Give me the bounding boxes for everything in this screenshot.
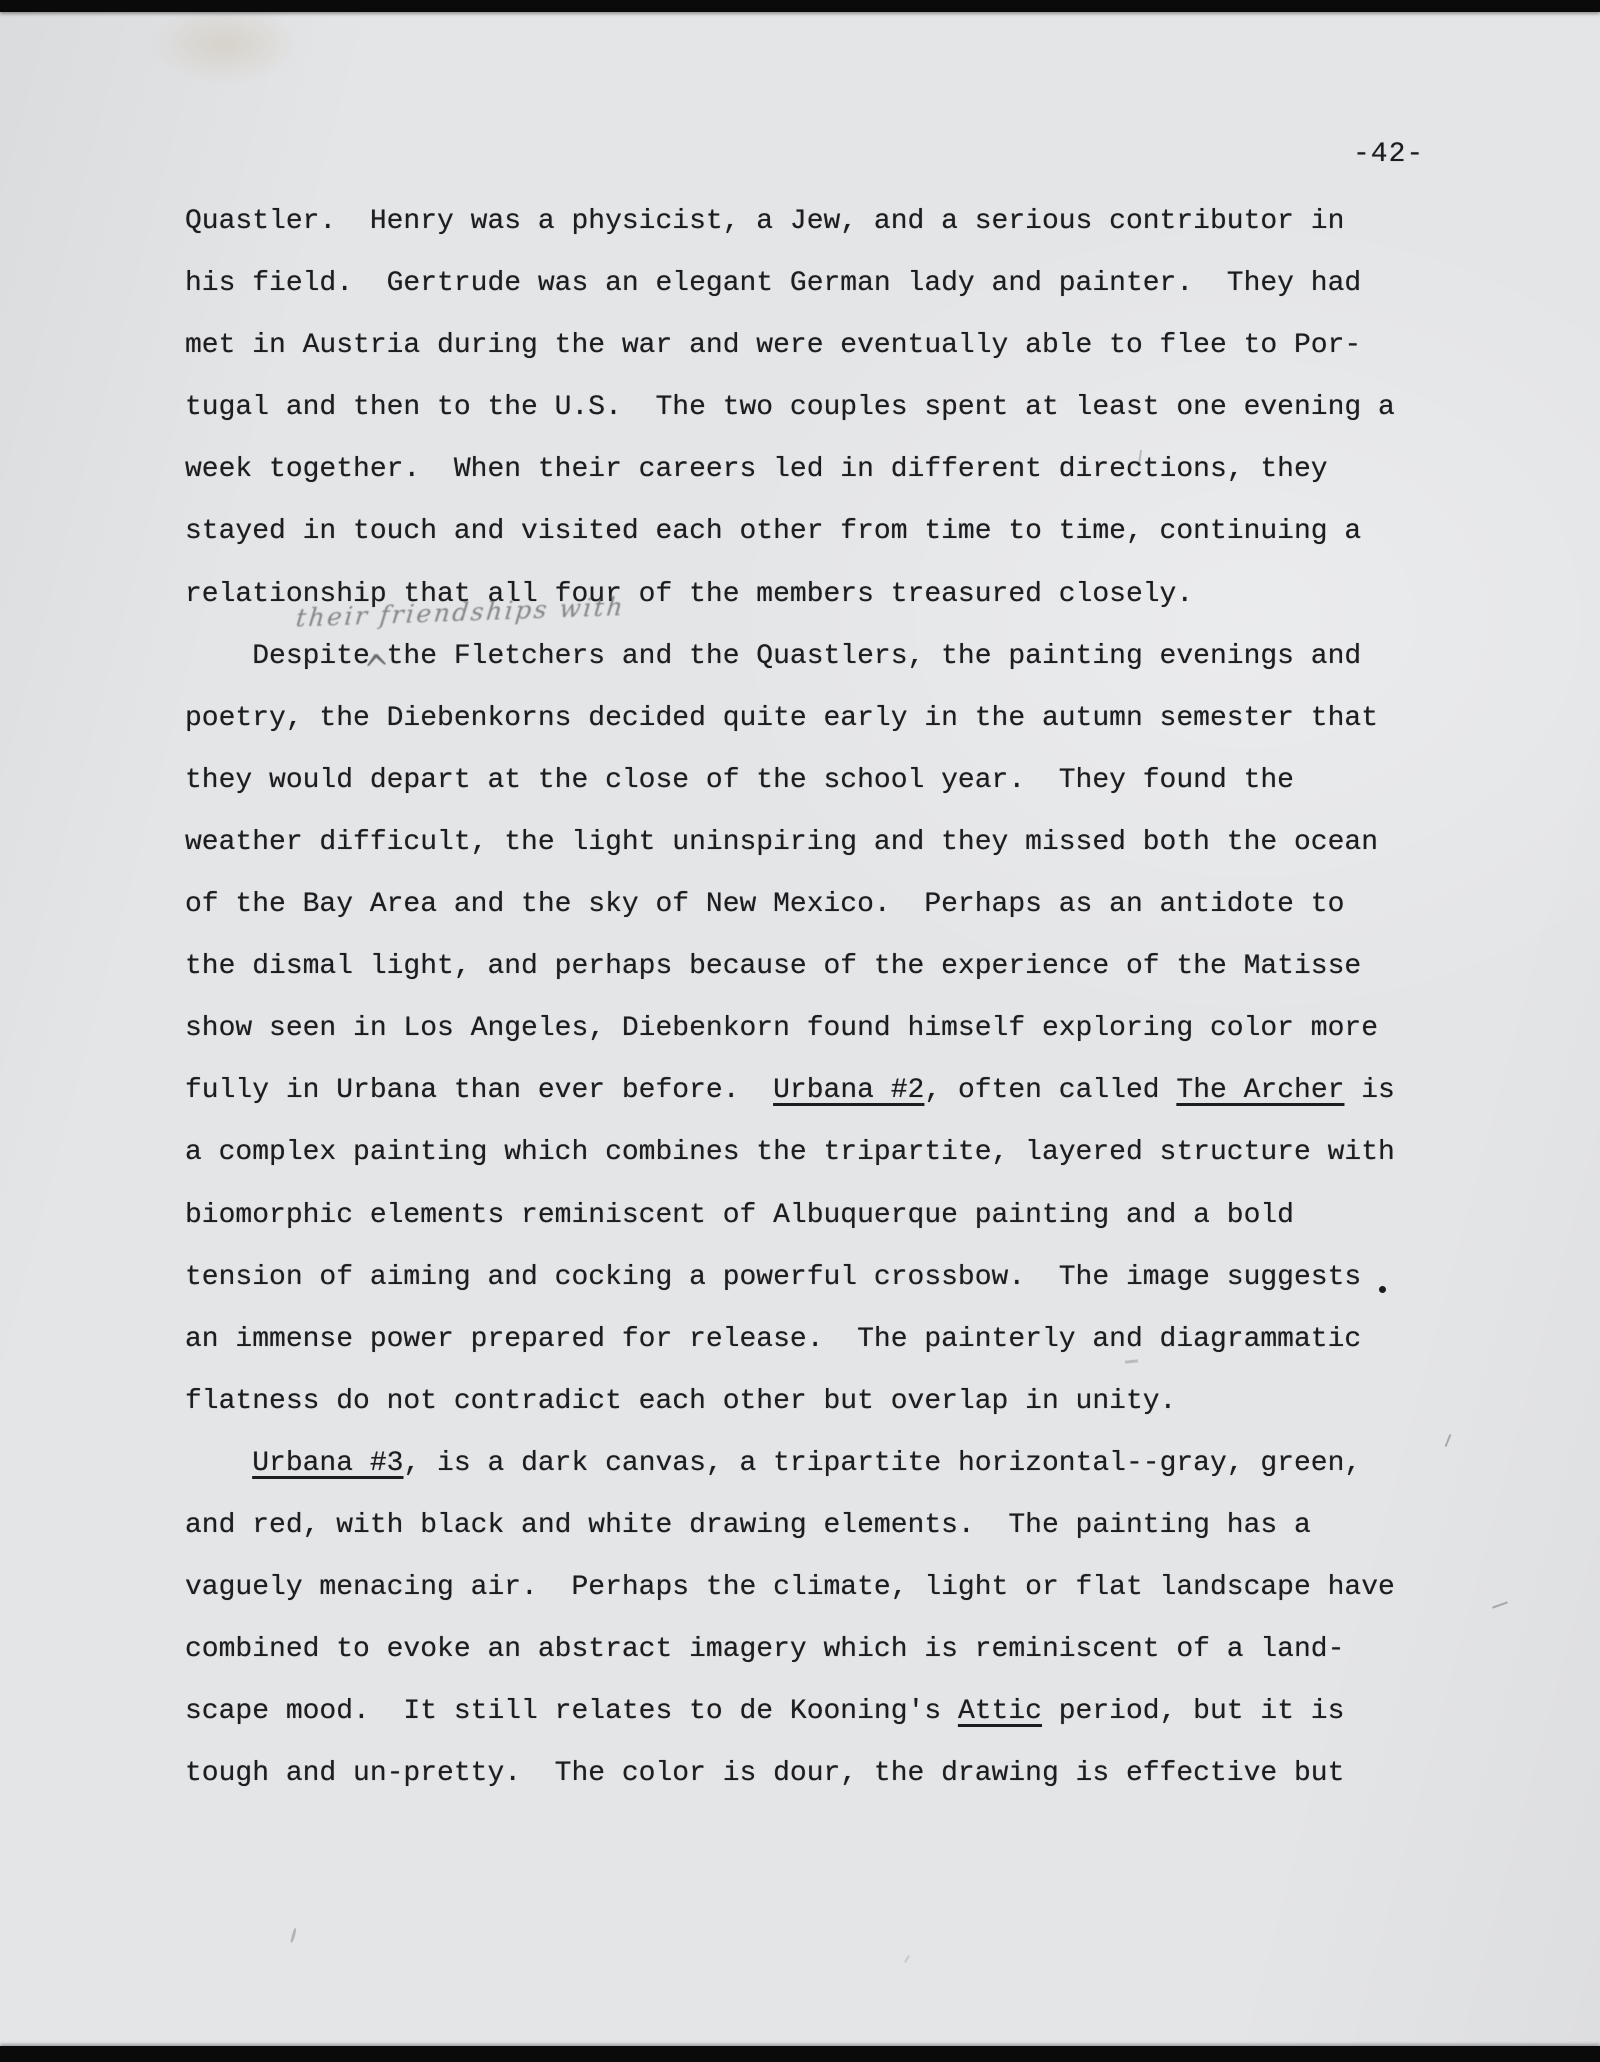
- text-line: Quastler. Henry was a physicist, a Jew, …: [185, 191, 1445, 253]
- text-line: vaguely menacing air. Perhaps the climat…: [185, 1557, 1445, 1619]
- stray-ink-dot: [1379, 1286, 1386, 1293]
- text-segment: met in Austria during the war and were e…: [185, 330, 1361, 361]
- text-segment: scape mood. It still relates to de Kooni…: [185, 1696, 958, 1727]
- scan-speck: [904, 1955, 910, 1963]
- text-line: week together. When their careers led in…: [185, 439, 1445, 501]
- underlined-title-text: The Archer: [1176, 1075, 1344, 1106]
- text-segment: biomorphic elements reminiscent of Albuq…: [185, 1200, 1294, 1231]
- text-segment: , is a dark canvas, a tripartite horizon…: [403, 1448, 1361, 1479]
- text-line: an immense power prepared for release. T…: [185, 1309, 1445, 1371]
- text-segment: vaguely menacing air. Perhaps the climat…: [185, 1572, 1395, 1603]
- text-segment: his field. Gertrude was an elegant Germa…: [185, 268, 1361, 299]
- text-segment: is: [1344, 1075, 1394, 1106]
- text-segment: poetry, the Diebenkorns decided quite ea…: [185, 703, 1378, 734]
- typewritten-body-text: Quastler. Henry was a physicist, a Jew, …: [185, 191, 1445, 1805]
- insertion-caret-mark: ^: [363, 647, 392, 694]
- text-segment: [185, 1448, 252, 1479]
- text-segment: and red, with black and white drawing el…: [185, 1510, 1311, 1541]
- text-line: his field. Gertrude was an elegant Germa…: [185, 253, 1445, 315]
- text-segment: tough and un-pretty. The color is dour, …: [185, 1758, 1344, 1789]
- text-line: show seen in Los Angeles, Diebenkorn fou…: [185, 998, 1445, 1060]
- text-line: poetry, the Diebenkorns decided quite ea…: [185, 688, 1445, 750]
- text-line: weather difficult, the light uninspiring…: [185, 812, 1445, 874]
- text-line: Urbana #3, is a dark canvas, a tripartit…: [185, 1433, 1445, 1495]
- text-line: combined to evoke an abstract imagery wh…: [185, 1619, 1445, 1681]
- text-line: the dismal light, and perhaps because of…: [185, 936, 1445, 998]
- page-number: -42-: [1353, 141, 1424, 169]
- scan-edge-top: [0, 0, 1600, 12]
- text-segment: fully in Urbana than ever before.: [185, 1075, 773, 1106]
- scan-speck: [290, 1928, 297, 1943]
- underlined-title-text: Urbana #3: [252, 1448, 403, 1479]
- text-segment: an immense power prepared for release. T…: [185, 1324, 1361, 1355]
- text-segment: weather difficult, the light uninspiring…: [185, 827, 1378, 858]
- text-line: stayed in touch and visited each other f…: [185, 501, 1445, 563]
- underlined-title-text: Urbana #2: [773, 1075, 924, 1106]
- text-line: tugal and then to the U.S. The two coupl…: [185, 377, 1445, 439]
- text-line: fully in Urbana than ever before. Urbana…: [185, 1060, 1445, 1122]
- text-line: they would depart at the close of the sc…: [185, 750, 1445, 812]
- text-segment: of the Bay Area and the sky of New Mexic…: [185, 889, 1344, 920]
- underlined-title-text: Attic: [958, 1696, 1042, 1727]
- text-segment: show seen in Los Angeles, Diebenkorn fou…: [185, 1013, 1378, 1044]
- text-segment: period, but it is: [1042, 1696, 1344, 1727]
- text-segment: Despite the Fletchers and the Quastlers,…: [185, 641, 1361, 672]
- text-line: met in Austria during the war and were e…: [185, 315, 1445, 377]
- text-segment: stayed in touch and visited each other f…: [185, 516, 1361, 547]
- scan-speck: [1445, 1434, 1452, 1447]
- text-line: biomorphic elements reminiscent of Albuq…: [185, 1185, 1445, 1247]
- text-line: tough and un-pretty. The color is dour, …: [185, 1743, 1445, 1805]
- text-line: a complex painting which combines the tr…: [185, 1122, 1445, 1184]
- scan-speck: [1492, 1601, 1508, 1608]
- text-segment: a complex painting which combines the tr…: [185, 1137, 1395, 1168]
- text-segment: Quastler. Henry was a physicist, a Jew, …: [185, 206, 1344, 237]
- text-line: scape mood. It still relates to de Kooni…: [185, 1681, 1445, 1743]
- text-line: flatness do not contradict each other bu…: [185, 1371, 1445, 1433]
- text-segment: the dismal light, and perhaps because of…: [185, 951, 1361, 982]
- text-line: of the Bay Area and the sky of New Mexic…: [185, 874, 1445, 936]
- text-segment: combined to evoke an abstract imagery wh…: [185, 1634, 1344, 1665]
- text-segment: they would depart at the close of the sc…: [185, 765, 1294, 796]
- text-segment: flatness do not contradict each other bu…: [185, 1386, 1176, 1417]
- text-line: and red, with black and white drawing el…: [185, 1495, 1445, 1557]
- text-segment: tension of aiming and cocking a powerful…: [185, 1262, 1361, 1293]
- text-segment: week together. When their careers led in…: [185, 454, 1328, 485]
- text-segment: , often called: [924, 1075, 1176, 1106]
- text-line: tension of aiming and cocking a powerful…: [185, 1247, 1445, 1309]
- scan-edge-bottom: [0, 2046, 1600, 2062]
- paper-stain: [150, 4, 300, 84]
- text-segment: tugal and then to the U.S. The two coupl…: [185, 392, 1395, 423]
